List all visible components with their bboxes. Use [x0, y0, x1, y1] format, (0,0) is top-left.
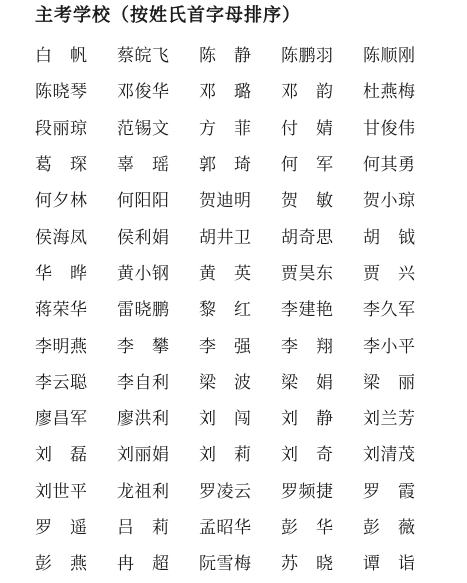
name-char: 茂 — [398, 443, 415, 467]
name-char: 平 — [70, 480, 87, 504]
name-char: 吕 — [117, 516, 134, 540]
name-char: 俊 — [381, 117, 398, 141]
name-entry: 邓俊华 — [117, 74, 169, 110]
name-char: 明 — [234, 189, 251, 213]
name-char: 黎 — [199, 298, 216, 322]
name-char: 华 — [70, 298, 87, 322]
name-char: 苏 — [281, 552, 298, 576]
name-char: 何 — [117, 189, 134, 213]
name-char: 李 — [117, 371, 134, 395]
name-entry: 廖洪利 — [117, 401, 169, 437]
name-char: 白 — [35, 44, 52, 68]
name-char: 刘 — [363, 443, 380, 467]
name-entry: 刘莉 — [199, 437, 251, 473]
name-char: 凌 — [217, 480, 234, 504]
name-char: 黄 — [117, 262, 134, 286]
name-char: 付 — [281, 117, 298, 141]
name-char: 丽 — [135, 443, 152, 467]
name-char: 燕 — [70, 335, 87, 359]
name-char: 鹏 — [299, 44, 316, 68]
name-char: 羽 — [316, 44, 333, 68]
name-char: 艳 — [316, 298, 333, 322]
name-entry: 黄小钢 — [117, 256, 169, 292]
name-char: 波 — [234, 371, 251, 395]
name-char: 自 — [135, 371, 152, 395]
name-char: 伟 — [398, 117, 415, 141]
name-char: 邓 — [117, 80, 134, 104]
name-char: 晓 — [53, 80, 70, 104]
name-char: 闯 — [234, 407, 251, 431]
name-char: 攀 — [152, 335, 169, 359]
name-entry: 方菲 — [199, 111, 251, 147]
name-char: 静 — [316, 407, 333, 431]
name-char: 思 — [316, 226, 333, 250]
name-char: 昊 — [299, 262, 316, 286]
name-char: 侯 — [35, 226, 52, 250]
name-char: 李 — [363, 335, 380, 359]
name-char: 利 — [135, 226, 152, 250]
name-char: 刘 — [35, 443, 52, 467]
page-title: 主考学校（按姓氏首字母排序） — [35, 4, 301, 28]
name-char: 李 — [117, 335, 134, 359]
name-char: 李 — [281, 298, 298, 322]
name-char: 廖 — [35, 407, 52, 431]
name-char: 刘 — [363, 407, 380, 431]
name-char: 琴 — [70, 80, 87, 104]
name-char: 东 — [316, 262, 333, 286]
name-entry: 贾兴 — [363, 256, 415, 292]
name-char: 韵 — [316, 80, 333, 104]
name-char: 李 — [35, 371, 52, 395]
name-char: 刘 — [281, 443, 298, 467]
name-entry: 龙祖利 — [117, 474, 169, 510]
name-char: 刘 — [199, 407, 216, 431]
name-char: 何 — [281, 153, 298, 177]
name-char: 雪 — [217, 552, 234, 576]
name-char: 陈 — [199, 44, 216, 68]
name-entry: 李攀 — [117, 328, 169, 364]
name-char: 冉 — [117, 552, 134, 576]
name-entry: 范锡文 — [117, 111, 169, 147]
name-char: 世 — [53, 480, 70, 504]
name-char: 薇 — [398, 516, 415, 540]
name-char: 刘 — [35, 480, 52, 504]
name-entry: 廖昌军 — [35, 401, 87, 437]
name-char: 胡 — [281, 226, 298, 250]
name-char: 罗 — [35, 516, 52, 540]
name-char: 贺 — [281, 189, 298, 213]
name-char: 何 — [35, 189, 52, 213]
name-entry: 郭琦 — [199, 147, 251, 183]
name-entry: 贺迪明 — [199, 183, 251, 219]
name-entry: 黎红 — [199, 292, 251, 328]
name-entry: 陈鹏羽 — [281, 38, 333, 74]
name-char: 罗 — [199, 480, 216, 504]
name-char: 频 — [299, 480, 316, 504]
name-char: 海 — [53, 226, 70, 250]
name-char: 刚 — [398, 44, 415, 68]
name-char: 小 — [381, 189, 398, 213]
document-page: 主考学校（按姓氏首字母排序） 白帆蔡皖飞陈静陈鹏羽陈顺刚陈晓琴邓俊华邓璐邓韵杜燕… — [0, 0, 467, 583]
name-char: 强 — [234, 335, 251, 359]
name-char: 祖 — [135, 480, 152, 504]
name-char: 文 — [152, 117, 169, 141]
name-char: 帆 — [70, 44, 87, 68]
name-entry: 李自利 — [117, 365, 169, 401]
name-char: 瑶 — [152, 153, 169, 177]
name-char: 刘 — [281, 407, 298, 431]
name-entry: 刘世平 — [35, 474, 87, 510]
name-entry: 刘丽娟 — [117, 437, 169, 473]
name-char: 蒋 — [35, 298, 52, 322]
name-entry: 陈静 — [199, 38, 251, 74]
name-char: 葛 — [35, 153, 52, 177]
name-char: 李 — [35, 335, 52, 359]
name-char: 超 — [152, 552, 169, 576]
name-entry: 邓韵 — [281, 74, 333, 110]
name-char: 晔 — [70, 262, 87, 286]
name-entry: 刘静 — [281, 401, 333, 437]
name-char: 蔡 — [117, 44, 134, 68]
name-entry: 白帆 — [35, 38, 87, 74]
name-char: 平 — [398, 335, 415, 359]
name-char: 廖 — [117, 407, 134, 431]
name-char: 皖 — [135, 44, 152, 68]
name-entry: 李建艳 — [281, 292, 333, 328]
name-char: 凤 — [70, 226, 87, 250]
name-entry: 葛琛 — [35, 147, 87, 183]
name-char: 林 — [70, 189, 87, 213]
name-entry: 彭华 — [281, 510, 333, 546]
name-entry: 刘清茂 — [363, 437, 415, 473]
name-char: 芳 — [398, 407, 415, 431]
name-char: 静 — [234, 44, 251, 68]
name-char: 娟 — [152, 226, 169, 250]
name-char: 勇 — [398, 153, 415, 177]
name-entry: 胡钺 — [363, 219, 415, 255]
name-char: 军 — [316, 153, 333, 177]
name-char: 洪 — [135, 407, 152, 431]
name-char: 梅 — [234, 552, 251, 576]
name-char: 琦 — [234, 153, 251, 177]
name-char: 荣 — [53, 298, 70, 322]
name-grid: 白帆蔡皖飞陈静陈鹏羽陈顺刚陈晓琴邓俊华邓璐邓韵杜燕梅段丽琼范锡文方菲付婧甘俊伟葛… — [35, 38, 445, 582]
name-char: 阳 — [152, 189, 169, 213]
name-entry: 孟昭华 — [199, 510, 251, 546]
name-entry: 陈顺刚 — [363, 38, 415, 74]
name-char: 罗 — [281, 480, 298, 504]
name-entry: 李久军 — [363, 292, 415, 328]
name-char: 华 — [35, 262, 52, 286]
name-char: 小 — [381, 335, 398, 359]
name-entry: 彭薇 — [363, 510, 415, 546]
name-entry: 李强 — [199, 328, 251, 364]
name-entry: 邓璐 — [199, 74, 251, 110]
name-char: 彭 — [35, 552, 52, 576]
name-char: 琛 — [70, 153, 87, 177]
name-char: 英 — [234, 262, 251, 286]
name-entry: 刘闯 — [199, 401, 251, 437]
name-char: 陈 — [35, 80, 52, 104]
name-entry: 谭诣 — [363, 546, 415, 582]
name-entry: 李小平 — [363, 328, 415, 364]
name-char: 军 — [398, 298, 415, 322]
name-entry: 刘奇 — [281, 437, 333, 473]
name-char: 建 — [299, 298, 316, 322]
name-char: 琼 — [70, 117, 87, 141]
name-char: 李 — [281, 335, 298, 359]
name-char: 夕 — [53, 189, 70, 213]
name-entry: 苏晓 — [281, 546, 333, 582]
name-char: 琼 — [398, 189, 415, 213]
name-char: 侯 — [117, 226, 134, 250]
name-char: 云 — [53, 371, 70, 395]
name-char: 雷 — [117, 298, 134, 322]
name-char: 聪 — [70, 371, 87, 395]
name-char: 黄 — [199, 262, 216, 286]
name-char: 郭 — [199, 153, 216, 177]
name-char: 飞 — [152, 44, 169, 68]
name-char: 邓 — [281, 80, 298, 104]
name-char: 梅 — [398, 80, 415, 104]
name-char: 李 — [363, 298, 380, 322]
name-entry: 雷晓鹏 — [117, 292, 169, 328]
name-entry: 李云聪 — [35, 365, 87, 401]
name-char: 红 — [234, 298, 251, 322]
name-char: 钢 — [152, 262, 169, 286]
name-char: 利 — [152, 480, 169, 504]
name-entry: 何其勇 — [363, 147, 415, 183]
name-entry: 甘俊伟 — [363, 111, 415, 147]
name-char: 磊 — [70, 443, 87, 467]
name-char: 彭 — [363, 516, 380, 540]
name-entry: 侯利娟 — [117, 219, 169, 255]
name-char: 刘 — [199, 443, 216, 467]
name-entry: 何夕林 — [35, 183, 87, 219]
name-char: 奇 — [316, 443, 333, 467]
name-char: 丽 — [398, 371, 415, 395]
name-char: 娟 — [316, 371, 333, 395]
name-entry: 梁丽 — [363, 365, 415, 401]
name-entry: 华晔 — [35, 256, 87, 292]
name-char: 明 — [53, 335, 70, 359]
name-char: 顺 — [381, 44, 398, 68]
name-entry: 李明燕 — [35, 328, 87, 364]
name-entry: 何阳阳 — [117, 183, 169, 219]
name-entry: 胡奇思 — [281, 219, 333, 255]
name-char: 梁 — [281, 371, 298, 395]
name-char: 迪 — [217, 189, 234, 213]
name-entry: 付婧 — [281, 111, 333, 147]
name-char: 敏 — [316, 189, 333, 213]
name-char: 胡 — [199, 226, 216, 250]
name-char: 阳 — [135, 189, 152, 213]
name-char: 龙 — [117, 480, 134, 504]
name-char: 霞 — [398, 480, 415, 504]
name-entry: 罗凌云 — [199, 474, 251, 510]
name-char: 华 — [152, 80, 169, 104]
name-char: 诣 — [398, 552, 415, 576]
name-entry: 陈晓琴 — [35, 74, 87, 110]
name-char: 昌 — [53, 407, 70, 431]
name-entry: 李翔 — [281, 328, 333, 364]
name-char: 久 — [381, 298, 398, 322]
name-entry: 贺小琼 — [363, 183, 415, 219]
name-char: 梁 — [363, 371, 380, 395]
name-entry: 罗频捷 — [281, 474, 333, 510]
name-char: 邓 — [199, 80, 216, 104]
name-entry: 段丽琼 — [35, 111, 87, 147]
name-char: 阮 — [199, 552, 216, 576]
name-entry: 杜燕梅 — [363, 74, 415, 110]
name-char: 卫 — [234, 226, 251, 250]
name-char: 李 — [199, 335, 216, 359]
name-entry: 梁波 — [199, 365, 251, 401]
name-char: 方 — [199, 117, 216, 141]
name-entry: 黄英 — [199, 256, 251, 292]
name-char: 锡 — [135, 117, 152, 141]
name-char: 其 — [381, 153, 398, 177]
name-char: 莉 — [234, 443, 251, 467]
name-entry: 吕莉 — [117, 510, 169, 546]
name-char: 捷 — [316, 480, 333, 504]
name-char: 井 — [217, 226, 234, 250]
name-char: 段 — [35, 117, 52, 141]
name-char: 娟 — [152, 443, 169, 467]
name-char: 昭 — [217, 516, 234, 540]
name-entry: 贾昊东 — [281, 256, 333, 292]
name-char: 婧 — [316, 117, 333, 141]
name-char: 彭 — [281, 516, 298, 540]
name-entry: 蔡皖飞 — [117, 38, 169, 74]
name-char: 甘 — [363, 117, 380, 141]
name-char: 胡 — [363, 226, 380, 250]
name-char: 贺 — [363, 189, 380, 213]
name-entry: 侯海凤 — [35, 219, 87, 255]
name-entry: 刘磊 — [35, 437, 87, 473]
name-char: 菲 — [234, 117, 251, 141]
name-char: 奇 — [299, 226, 316, 250]
name-entry: 罗遥 — [35, 510, 87, 546]
name-char: 杜 — [363, 80, 380, 104]
name-char: 燕 — [70, 552, 87, 576]
name-char: 陈 — [281, 44, 298, 68]
name-char: 兰 — [381, 407, 398, 431]
name-char: 遥 — [70, 516, 87, 540]
name-char: 贾 — [281, 262, 298, 286]
name-entry: 冉超 — [117, 546, 169, 582]
name-char: 璐 — [234, 80, 251, 104]
name-char: 丽 — [53, 117, 70, 141]
name-char: 陈 — [363, 44, 380, 68]
name-entry: 何军 — [281, 147, 333, 183]
name-char: 翔 — [316, 335, 333, 359]
name-char: 云 — [234, 480, 251, 504]
name-entry: 辜瑶 — [117, 147, 169, 183]
name-char: 何 — [363, 153, 380, 177]
name-char: 军 — [70, 407, 87, 431]
name-entry: 贺敏 — [281, 183, 333, 219]
name-char: 鹏 — [152, 298, 169, 322]
name-entry: 彭燕 — [35, 546, 87, 582]
name-char: 刘 — [117, 443, 134, 467]
name-char: 华 — [234, 516, 251, 540]
name-char: 钺 — [398, 226, 415, 250]
name-entry: 刘兰芳 — [363, 401, 415, 437]
name-char: 谭 — [363, 552, 380, 576]
name-entry: 阮雪梅 — [199, 546, 251, 582]
name-char: 利 — [152, 407, 169, 431]
name-char: 罗 — [363, 480, 380, 504]
name-char: 范 — [117, 117, 134, 141]
name-char: 晓 — [316, 552, 333, 576]
name-char: 兴 — [398, 262, 415, 286]
name-char: 燕 — [381, 80, 398, 104]
name-char: 小 — [135, 262, 152, 286]
name-char: 孟 — [199, 516, 216, 540]
name-char: 梁 — [199, 371, 216, 395]
name-entry: 罗霞 — [363, 474, 415, 510]
name-char: 莉 — [152, 516, 169, 540]
name-entry: 蒋荣华 — [35, 292, 87, 328]
name-entry: 胡井卫 — [199, 219, 251, 255]
name-char: 贾 — [363, 262, 380, 286]
name-char: 华 — [316, 516, 333, 540]
name-entry: 梁娟 — [281, 365, 333, 401]
name-char: 晓 — [135, 298, 152, 322]
name-char: 贺 — [199, 189, 216, 213]
name-char: 利 — [152, 371, 169, 395]
name-char: 辜 — [117, 153, 134, 177]
name-char: 俊 — [135, 80, 152, 104]
name-char: 清 — [381, 443, 398, 467]
